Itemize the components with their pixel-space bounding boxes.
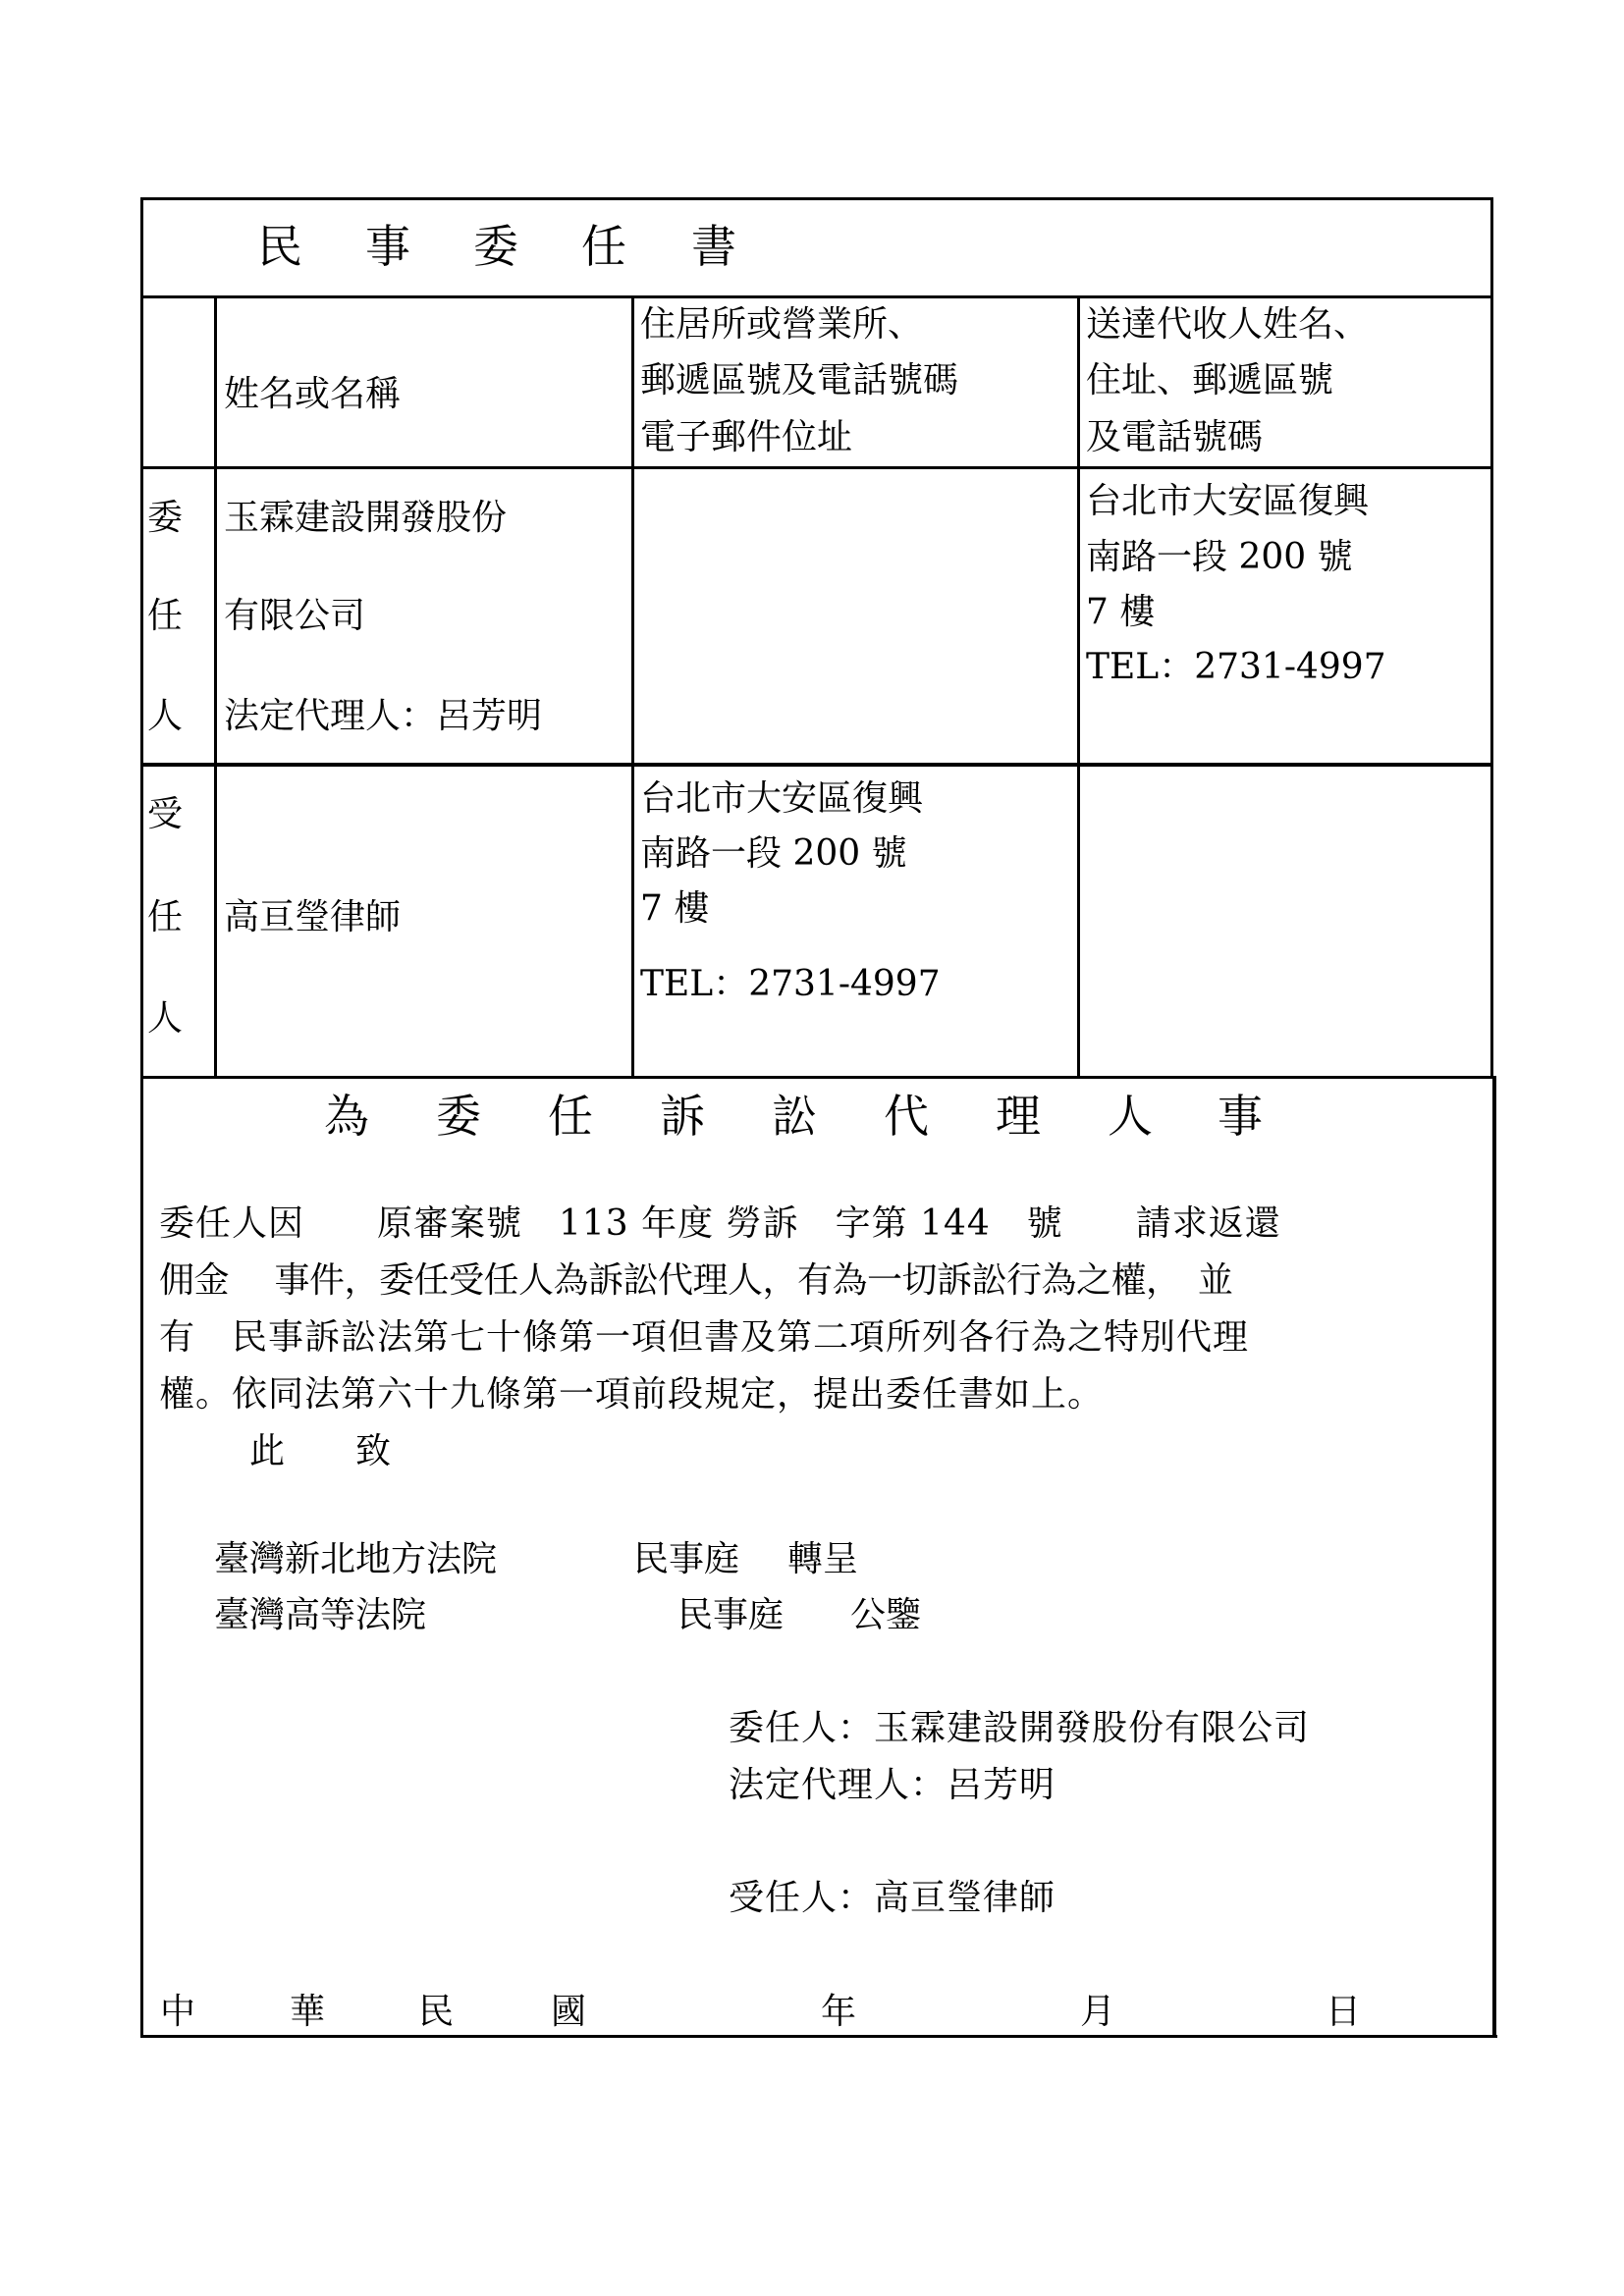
principal-service-agent-line: TEL：2731-4997 xyxy=(1086,650,1386,685)
court-division: 民事庭 xyxy=(677,1587,784,1644)
principal-name-line: 有限公司 xyxy=(224,599,365,634)
section-title-char: 事 xyxy=(1218,1094,1263,1139)
title-char: 委 xyxy=(473,224,518,269)
header-address-line: 住居所或營業所、 xyxy=(640,307,923,343)
section-title-char: 訴 xyxy=(660,1094,705,1139)
principal-name-line: 法定代理人：呂芳明 xyxy=(224,699,542,734)
row-divider-principal xyxy=(140,763,1493,767)
agent-address-line: 台北市大安區復興 xyxy=(640,781,923,817)
agent-label-char: 受 xyxy=(147,797,183,832)
court-name: 臺灣高等法院 xyxy=(214,1587,426,1644)
signature-agent: 受任人：高亘瑩律師 xyxy=(729,1870,1056,1927)
principal-service-agent-line: 7 樓 xyxy=(1086,595,1155,630)
title-char: 事 xyxy=(365,224,410,269)
header-address-line: 郵遞區號及電話號碼 xyxy=(640,363,958,399)
principal-service-agent-line: 台北市大安區復興 xyxy=(1086,484,1369,519)
table-border-bottom xyxy=(140,2035,1497,2038)
principal-service-agent-line: 南路一段 200 號 xyxy=(1086,540,1353,575)
court-action: 公鑒 xyxy=(850,1587,921,1644)
section-title-char: 為 xyxy=(324,1094,369,1139)
date-char: 國 xyxy=(551,1995,586,2030)
section-title-char: 訟 xyxy=(772,1094,817,1139)
row-divider-header xyxy=(140,466,1493,469)
agent-label-char: 任 xyxy=(147,900,183,935)
agent-address-line: 7 樓 xyxy=(640,891,709,927)
title-char: 任 xyxy=(581,224,626,269)
title-char: 民 xyxy=(257,224,302,269)
court-division: 民事庭 xyxy=(633,1531,739,1588)
row-divider-title xyxy=(140,295,1493,298)
table-border-top xyxy=(140,197,1493,200)
date-char: 中 xyxy=(160,1995,195,2030)
agent-address-line: TEL：2731-4997 xyxy=(640,967,941,1002)
signature-principal: 委任人：玉霖建設開發股份有限公司 xyxy=(729,1700,1310,1757)
body-line: 委任人因 原審案號 113 年度 勞訴 字第 144 號 請求返還 xyxy=(159,1196,1281,1253)
body-line: 佣金 事件，委任受任人為訴訟代理人，有為一切訴訟行為之權， 並 xyxy=(159,1253,1232,1309)
agent-name: 高亘瑩律師 xyxy=(224,900,401,935)
title-char: 書 xyxy=(691,224,736,269)
salutation: 此 致 xyxy=(249,1423,391,1480)
section-title-char: 人 xyxy=(1108,1094,1153,1139)
col-divider-name xyxy=(631,295,634,1079)
principal-name-line: 玉霖建設開發股份 xyxy=(224,501,507,536)
header-service-agent-line: 及電話號碼 xyxy=(1086,420,1263,455)
principal-label-char: 任 xyxy=(147,599,183,634)
table-border-left xyxy=(140,197,143,2038)
body-line: 有 民事訴訟法第七十條第一項但書及第二項所列各行為之特別代理 xyxy=(159,1309,1249,1366)
table-border-right-upper xyxy=(1490,197,1493,1079)
court-action: 轉呈 xyxy=(787,1531,858,1588)
section-title-char: 任 xyxy=(548,1094,593,1139)
header-address-line: 電子郵件位址 xyxy=(640,420,852,455)
agent-label-char: 人 xyxy=(147,1001,183,1037)
section-title-char: 委 xyxy=(436,1094,481,1139)
header-name: 姓名或名稱 xyxy=(224,377,401,412)
principal-label-char: 人 xyxy=(147,699,183,734)
signature-legal-rep: 法定代理人：呂芳明 xyxy=(729,1757,1056,1814)
section-title-char: 代 xyxy=(884,1094,929,1139)
date-year-label: 年 xyxy=(821,1995,856,2030)
date-char: 華 xyxy=(290,1995,325,2030)
court-name: 臺灣新北地方法院 xyxy=(214,1531,497,1588)
row-divider-agent xyxy=(140,1076,1495,1079)
date-day-label: 日 xyxy=(1326,1995,1361,2030)
header-service-agent-line: 住址、郵遞區號 xyxy=(1086,363,1333,399)
header-service-agent-line: 送達代收人姓名、 xyxy=(1086,307,1369,343)
agent-address-line: 南路一段 200 號 xyxy=(640,836,907,872)
date-char: 民 xyxy=(418,1995,454,2030)
body-line: 權。依同法第六十九條第一項前段規定，提出委任書如上。 xyxy=(159,1366,1104,1423)
principal-label-char: 委 xyxy=(147,501,183,536)
col-divider-label xyxy=(214,295,217,1079)
date-month-label: 月 xyxy=(1080,1995,1115,2030)
section-title-char: 理 xyxy=(996,1094,1041,1139)
col-divider-address xyxy=(1077,295,1080,1079)
table-border-right-lower xyxy=(1492,1076,1496,2038)
